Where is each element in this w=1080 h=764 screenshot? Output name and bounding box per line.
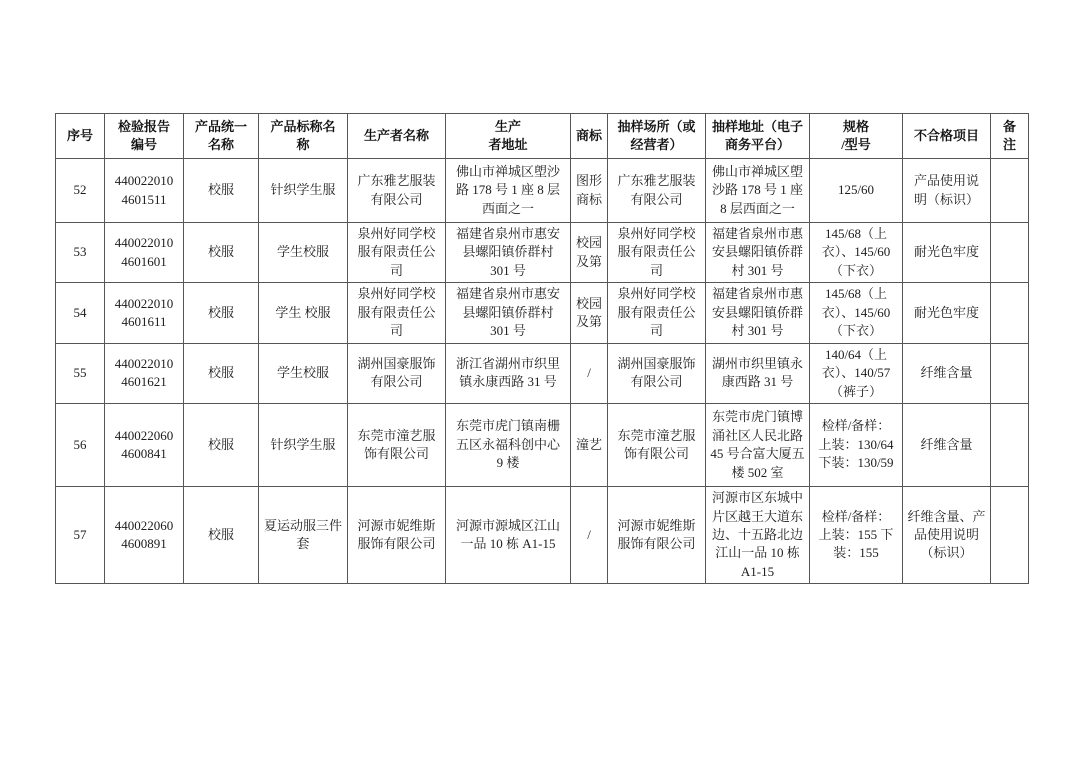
cell-trademark: 校园及第 <box>571 223 608 283</box>
col-header-sampling-site: 抽样场所（或 经营者） <box>608 114 706 159</box>
col-header-product-label-name: 产品标称名 称 <box>259 114 348 159</box>
cell-sampling-address: 河源市区东城中片区越王大道东边、十五路北边江山一品 10 栋 A1-15 <box>706 487 810 584</box>
cell-trademark: 图形商标 <box>571 159 608 223</box>
table-row: 52 440022010 4601511 校服 针织学生服 广东雅艺服装有限公司… <box>56 159 1029 223</box>
cell-product-label-name: 夏运动服三件套 <box>259 487 348 584</box>
cell-producer-address: 福建省泉州市惠安 县螺阳镇侨群村 301 号 <box>446 283 571 343</box>
cell-seq: 53 <box>56 223 105 283</box>
cell-failed-items: 纤维含量、产 品使用说明 （标识） <box>903 487 991 584</box>
cell-failed-items: 纤维含量 <box>903 404 991 487</box>
cell-sampling-address: 湖州市织里镇永康西路 31 号 <box>706 343 810 403</box>
cell-sampling-site: 泉州好同学校服有限责任公司 <box>608 223 706 283</box>
cell-trademark: 校园及第 <box>571 283 608 343</box>
cell-seq: 57 <box>56 487 105 584</box>
cell-product-label-name: 学生 校服 <box>259 283 348 343</box>
cell-product-category: 校服 <box>184 487 259 584</box>
header-row: 序号 检验报告 编号 产品统一 名称 产品标称名 称 生产者名称 生产 者地址 … <box>56 114 1029 159</box>
cell-remarks <box>991 283 1029 343</box>
cell-report-no: 440022060 4600891 <box>105 487 184 584</box>
cell-producer-address: 河源市源城区江山 一品 10 栋 A1-15 <box>446 487 571 584</box>
cell-product-category: 校服 <box>184 283 259 343</box>
cell-failed-items: 耐光色牢度 <box>903 223 991 283</box>
col-header-report-no: 检验报告 编号 <box>105 114 184 159</box>
col-header-producer-name: 生产者名称 <box>348 114 446 159</box>
cell-trademark: / <box>571 343 608 403</box>
cell-producer-address: 佛山市禅城区塱沙 路 178 号 1 座 8 层 西面之一 <box>446 159 571 223</box>
cell-sampling-site: 东莞市潼艺服饰有限公司 <box>608 404 706 487</box>
cell-trademark: 潼艺 <box>571 404 608 487</box>
cell-remarks <box>991 343 1029 403</box>
col-header-seq: 序号 <box>56 114 105 159</box>
cell-producer-address: 浙江省湖州市织里 镇永康西路 31 号 <box>446 343 571 403</box>
cell-sampling-address: 佛山市禅城区塱沙路 178 号 1 座 8 层西面之一 <box>706 159 810 223</box>
cell-spec-model: 125/60 <box>810 159 903 223</box>
col-header-trademark: 商标 <box>571 114 608 159</box>
cell-producer-name: 湖州国豪服饰有限公司 <box>348 343 446 403</box>
cell-failed-items: 产品使用说 明（标识） <box>903 159 991 223</box>
cell-seq: 54 <box>56 283 105 343</box>
cell-report-no: 440022010 4601611 <box>105 283 184 343</box>
cell-failed-items: 纤维含量 <box>903 343 991 403</box>
cell-sampling-address: 福建省泉州市惠安县螺阳镇侨群村 301 号 <box>706 283 810 343</box>
col-header-sampling-address: 抽样地址（电子 商务平台） <box>706 114 810 159</box>
cell-product-label-name: 学生校服 <box>259 223 348 283</box>
cell-producer-address: 东莞市虎门镇南栅 五区永福科创中心 9 楼 <box>446 404 571 487</box>
cell-product-label-name: 针织学生服 <box>259 159 348 223</box>
cell-report-no: 440022060 4600841 <box>105 404 184 487</box>
cell-sampling-site: 湖州国豪服饰有限公司 <box>608 343 706 403</box>
cell-remarks <box>991 487 1029 584</box>
cell-report-no: 440022010 4601511 <box>105 159 184 223</box>
cell-failed-items: 耐光色牢度 <box>903 283 991 343</box>
cell-seq: 56 <box>56 404 105 487</box>
table-row: 54 440022010 4601611 校服 学生 校服 泉州好同学校服有限责… <box>56 283 1029 343</box>
cell-remarks <box>991 159 1029 223</box>
cell-spec-model: 140/64（上衣）、140/57（裤子） <box>810 343 903 403</box>
cell-product-category: 校服 <box>184 223 259 283</box>
cell-sampling-site: 泉州好同学校服有限责任公司 <box>608 283 706 343</box>
cell-spec-model: 检样/备样： 上装：130/64 下装：130/59 <box>810 404 903 487</box>
cell-remarks <box>991 404 1029 487</box>
col-header-producer-address: 生产 者地址 <box>446 114 571 159</box>
cell-seq: 55 <box>56 343 105 403</box>
cell-sampling-address: 福建省泉州市惠安县螺阳镇侨群村 301 号 <box>706 223 810 283</box>
cell-product-label-name: 学生校服 <box>259 343 348 403</box>
cell-product-category: 校服 <box>184 159 259 223</box>
cell-report-no: 440022010 4601601 <box>105 223 184 283</box>
cell-product-label-name: 针织学生服 <box>259 404 348 487</box>
cell-producer-name: 泉州好同学校服有限责任公司 <box>348 223 446 283</box>
col-header-remarks: 备 注 <box>991 114 1029 159</box>
cell-sampling-site: 河源市妮维斯服饰有限公司 <box>608 487 706 584</box>
cell-spec-model: 检样/备样： 上装：155 下 装：155 <box>810 487 903 584</box>
cell-seq: 52 <box>56 159 105 223</box>
cell-report-no: 440022010 4601621 <box>105 343 184 403</box>
cell-sampling-address: 东莞市虎门镇博涌社区人民北路 45 号合富大厦五楼 502 室 <box>706 404 810 487</box>
cell-producer-name: 泉州好同学校服有限责任公司 <box>348 283 446 343</box>
col-header-failed-items: 不合格项目 <box>903 114 991 159</box>
cell-remarks <box>991 223 1029 283</box>
cell-spec-model: 145/68（上衣）、145/60（下衣） <box>810 283 903 343</box>
cell-trademark: / <box>571 487 608 584</box>
inspection-results-table: 序号 检验报告 编号 产品统一 名称 产品标称名 称 生产者名称 生产 者地址 … <box>55 113 1029 584</box>
cell-producer-name: 河源市妮维斯服饰有限公司 <box>348 487 446 584</box>
document-page: 序号 检验报告 编号 产品统一 名称 产品标称名 称 生产者名称 生产 者地址 … <box>0 0 1080 764</box>
table-row: 55 440022010 4601621 校服 学生校服 湖州国豪服饰有限公司 … <box>56 343 1029 403</box>
cell-product-category: 校服 <box>184 343 259 403</box>
col-header-product-category: 产品统一 名称 <box>184 114 259 159</box>
cell-product-category: 校服 <box>184 404 259 487</box>
table-row: 53 440022010 4601601 校服 学生校服 泉州好同学校服有限责任… <box>56 223 1029 283</box>
cell-spec-model: 145/68（上衣）、145/60（下衣） <box>810 223 903 283</box>
table-row: 56 440022060 4600841 校服 针织学生服 东莞市潼艺服饰有限公… <box>56 404 1029 487</box>
col-header-spec-model: 规格 /型号 <box>810 114 903 159</box>
table-row: 57 440022060 4600891 校服 夏运动服三件套 河源市妮维斯服饰… <box>56 487 1029 584</box>
cell-sampling-site: 广东雅艺服装有限公司 <box>608 159 706 223</box>
cell-producer-name: 广东雅艺服装有限公司 <box>348 159 446 223</box>
cell-producer-address: 福建省泉州市惠安 县螺阳镇侨群村 301 号 <box>446 223 571 283</box>
cell-producer-name: 东莞市潼艺服饰有限公司 <box>348 404 446 487</box>
